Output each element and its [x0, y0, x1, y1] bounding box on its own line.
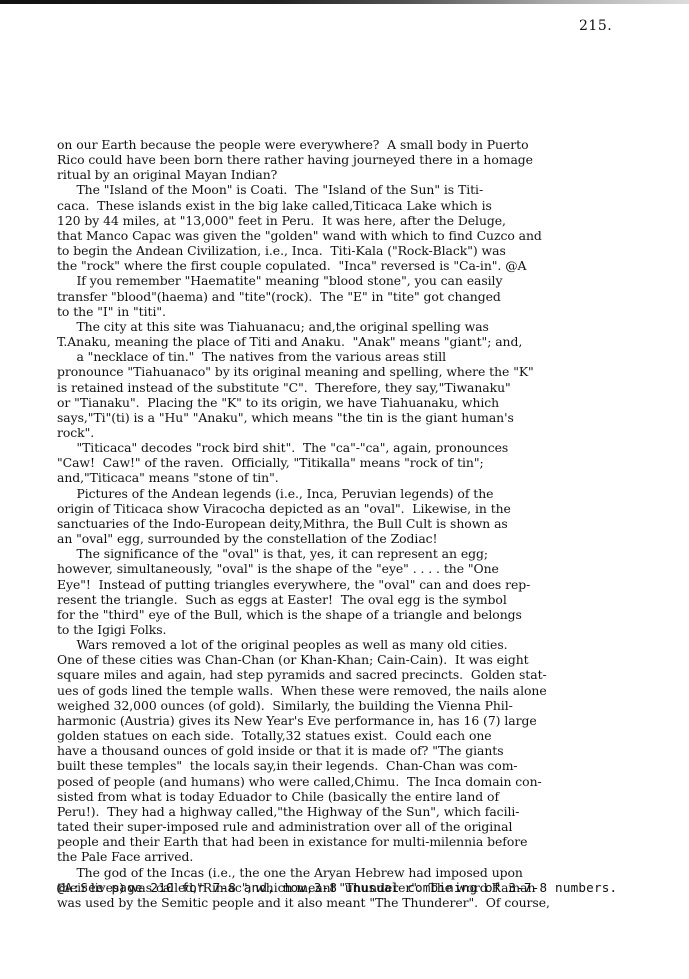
text-line: Rico could have been born there rather h… [57, 152, 687, 167]
text-line: resent the triangle. Such as eggs at Eas… [57, 592, 687, 607]
text-line: Wars removed a lot of the original peopl… [57, 637, 687, 652]
text-line: One of these cities was Chan-Chan (or Kh… [57, 652, 687, 667]
text-line: to the Igigi Folks. [57, 622, 687, 637]
text-line: Peru!). They had a highway called,"the H… [57, 804, 687, 819]
scan-edge-shadow [0, 0, 689, 4]
text-line: sisted from what is today Eduador to Chi… [57, 789, 687, 804]
body-text: on our Earth because the people were eve… [57, 137, 687, 910]
text-line: an "oval" egg, surrounded by the constel… [57, 531, 687, 546]
text-line: a "necklace of tin." The natives from th… [57, 349, 687, 364]
text-line: posed of people (and humans) who were ca… [57, 774, 687, 789]
text-line: on our Earth because the people were eve… [57, 137, 687, 152]
text-line: transfer "blood"(haema) and "tite"(rock)… [57, 289, 687, 304]
text-line: harmonic (Austria) gives its New Year's … [57, 713, 687, 728]
text-line: T.Anaku, meaning the place of Titi and A… [57, 334, 687, 349]
text-line: and,"Titicaca" means "stone of tin". [57, 470, 687, 485]
text-line: square miles and again, had step pyramid… [57, 667, 687, 682]
text-line: sanctuaries of the Indo-European deity,M… [57, 516, 687, 531]
text-line: weighed 32,000 ounces (of gold). Similar… [57, 698, 687, 713]
text-line: 120 by 44 miles, at "13,000" feet in Per… [57, 213, 687, 228]
text-line: rock". [57, 425, 687, 440]
text-line: origin of Titicaca show Viracocha depict… [57, 501, 687, 516]
text-line: pronounce "Tiahuanaco" by its original m… [57, 364, 687, 379]
text-line: The significance of the "oval" is that, … [57, 546, 687, 561]
text-line: Eye"! Instead of putting triangles every… [57, 577, 687, 592]
footnote: @A:See page 210 for 7-8 and, now,3-8 unu… [57, 880, 617, 895]
text-line: Pictures of the Andean legends (i.e., In… [57, 486, 687, 501]
text-line: caca. These islands exist in the big lak… [57, 198, 687, 213]
text-line: "Titicaca" decodes "rock bird shit". The… [57, 440, 687, 455]
text-line: to the "I" in "titi". [57, 304, 687, 319]
text-line: The city at this site was Tiahuanacu; an… [57, 319, 687, 334]
text-line: says,"Ti"(ti) is a "Hu" "Anaku", which m… [57, 410, 687, 425]
text-line: people and their Earth that had been in … [57, 834, 687, 849]
text-line: ritual by an original Mayan Indian? [57, 167, 687, 182]
text-line: for the "third" eye of the Bull, which i… [57, 607, 687, 622]
text-line: have a thousand ounces of gold inside or… [57, 743, 687, 758]
text-line: "Caw! Caw!" of the raven. Officially, "T… [57, 455, 687, 470]
text-line: If you remember "Haematite" meaning "blo… [57, 273, 687, 288]
text-line: The god of the Incas (i.e., the one the … [57, 865, 687, 880]
text-line: The "Island of the Moon" is Coati. The "… [57, 182, 687, 197]
text-line: that Manco Capac was given the "golden" … [57, 228, 687, 243]
text-line: or "Tianaku". Placing the "K" to its ori… [57, 395, 687, 410]
text-line: the Pale Face arrived. [57, 849, 687, 864]
text-line: the "rock" where the first couple copula… [57, 258, 687, 273]
text-line: is retained instead of the substitute "C… [57, 380, 687, 395]
page-number: 215. [579, 18, 612, 34]
text-line: built these temples" the locals say,in t… [57, 758, 687, 773]
text-line: to begin the Andean Civilization, i.e., … [57, 243, 687, 258]
text-line: however, simultaneously, "oval" is the s… [57, 561, 687, 576]
text-line: ues of gods lined the temple walls. When… [57, 683, 687, 698]
text-line: tated their super-imposed rule and admin… [57, 819, 687, 834]
text-line: golden statues on each side. Totally,32 … [57, 728, 687, 743]
text-line: was used by the Semitic people and it al… [57, 895, 687, 910]
